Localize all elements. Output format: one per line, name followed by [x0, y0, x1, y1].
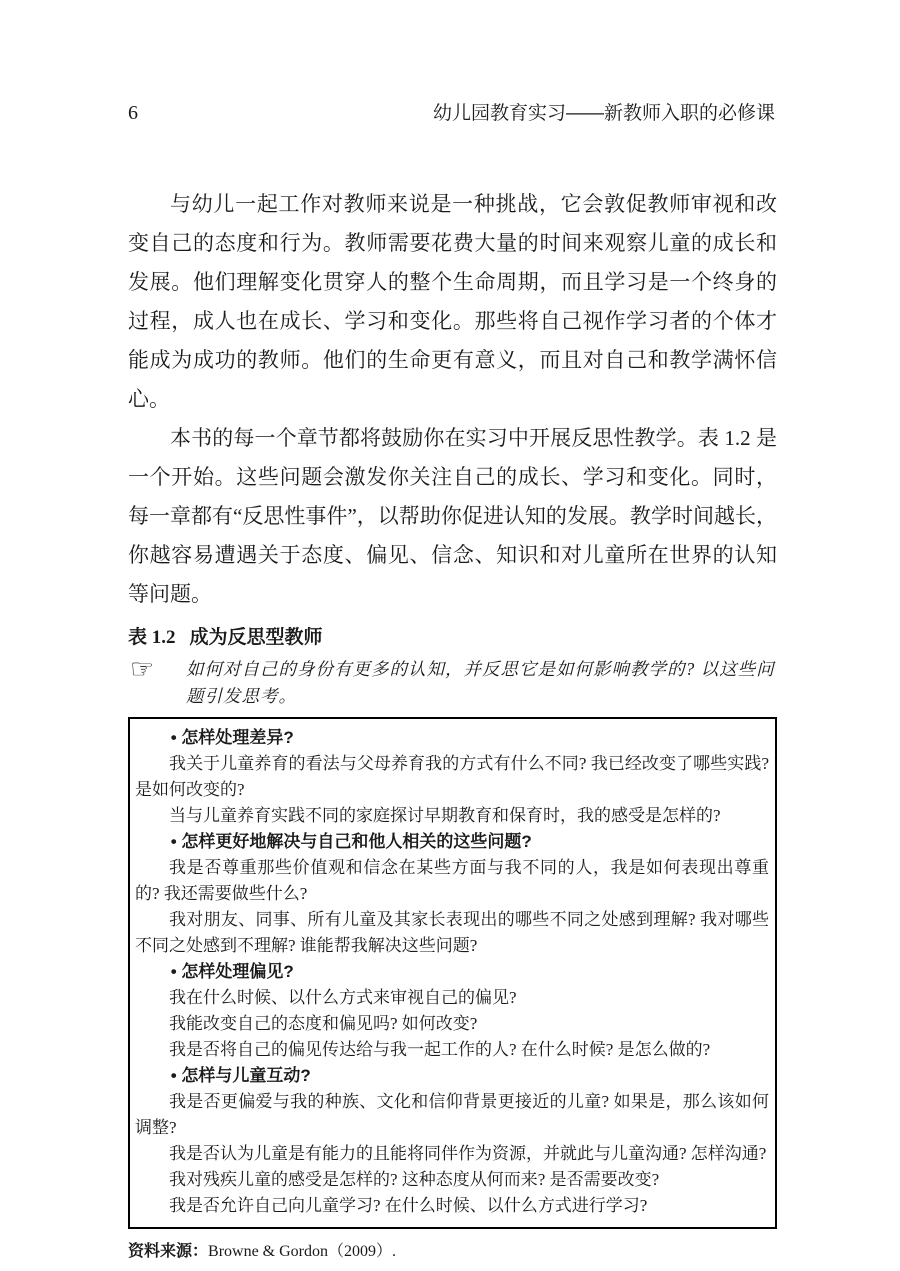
running-title: 幼儿园教育实习——新教师入职的必修课	[433, 98, 775, 125]
table-caption: 表 1.2成为反思型教师	[128, 622, 777, 649]
page-content: 与幼儿一起工作对教师来说是一种挑战，它会敦促教师审视和改变自己的态度和行为。教师…	[128, 185, 777, 1261]
box-question: 我关于儿童养育的看法与父母养育我的方式有什么不同? 我已经改变了哪些实践? 是如…	[135, 751, 769, 803]
table-note-text: 如何对自己的身份有更多的认知，并反思它是如何影响教学的? 以这些问题引发思考。	[186, 656, 777, 710]
box-section-heading: 怎样处理差异?	[135, 725, 769, 751]
body-paragraph: 与幼儿一起工作对教师来说是一种挑战，它会敦促教师审视和改变自己的态度和行为。教师…	[128, 185, 777, 419]
pointing-hand-icon: ☞	[128, 656, 186, 683]
source-text: Browne & Gordon（2009）.	[208, 1243, 396, 1260]
reflection-box: 怎样处理差异?我关于儿童养育的看法与父母养育我的方式有什么不同? 我已经改变了哪…	[128, 717, 777, 1229]
body-paragraph: 本书的每一个章节都将鼓励你在实习中开展反思性教学。表 1.2 是一个开始。这些问…	[128, 419, 777, 614]
box-question: 我在什么时候、以什么方式来审视自己的偏见?	[135, 985, 769, 1011]
table-note: ☞ 如何对自己的身份有更多的认知，并反思它是如何影响教学的? 以这些问题引发思考…	[128, 656, 777, 710]
box-section-heading: 怎样处理偏见?	[135, 959, 769, 985]
box-question: 我是否允许自己向儿童学习? 在什么时候、以什么方式进行学习?	[135, 1193, 769, 1219]
page-header: 6 幼儿园教育实习——新教师入职的必修课	[128, 98, 775, 125]
box-section-heading: 怎样更好地解决与自己和他人相关的这些问题?	[135, 829, 769, 855]
box-question: 我是否将自己的偏见传达给与我一起工作的人? 在什么时候? 是怎么做的?	[135, 1037, 769, 1063]
box-section-heading: 怎样与儿童互动?	[135, 1063, 769, 1089]
table-caption-label: 表 1.2	[128, 627, 176, 648]
table-caption-title: 成为反思型教师	[190, 627, 323, 648]
box-question: 我是否认为儿童是有能力的且能将同伴作为资源，并就此与儿童沟通? 怎样沟通?	[135, 1141, 769, 1167]
box-question: 当与儿童养育实践不同的家庭探讨早期教育和保育时，我的感受是怎样的?	[135, 803, 769, 829]
box-question: 我对朋友、同事、所有儿童及其家长表现出的哪些不同之处感到理解? 我对哪些不同之处…	[135, 907, 769, 959]
source-line: 资料来源：Browne & Gordon（2009）.	[128, 1238, 777, 1261]
box-question: 我是否尊重那些价值观和信念在某些方面与我不同的人，我是如何表现出尊重的? 我还需…	[135, 855, 769, 907]
box-question: 我对残疾儿童的感受是怎样的? 这种态度从何而来? 是否需要改变?	[135, 1167, 769, 1193]
box-question: 我是否更偏爱与我的种族、文化和信仰背景更接近的儿童? 如果是，那么该如何调整?	[135, 1089, 769, 1141]
page-number: 6	[128, 102, 138, 125]
box-question: 我能改变自己的态度和偏见吗? 如何改变?	[135, 1011, 769, 1037]
book-page: 6 幼儿园教育实习——新教师入职的必修课 与幼儿一起工作对教师来说是一种挑战，它…	[0, 0, 900, 1271]
source-label: 资料来源：	[128, 1243, 208, 1260]
